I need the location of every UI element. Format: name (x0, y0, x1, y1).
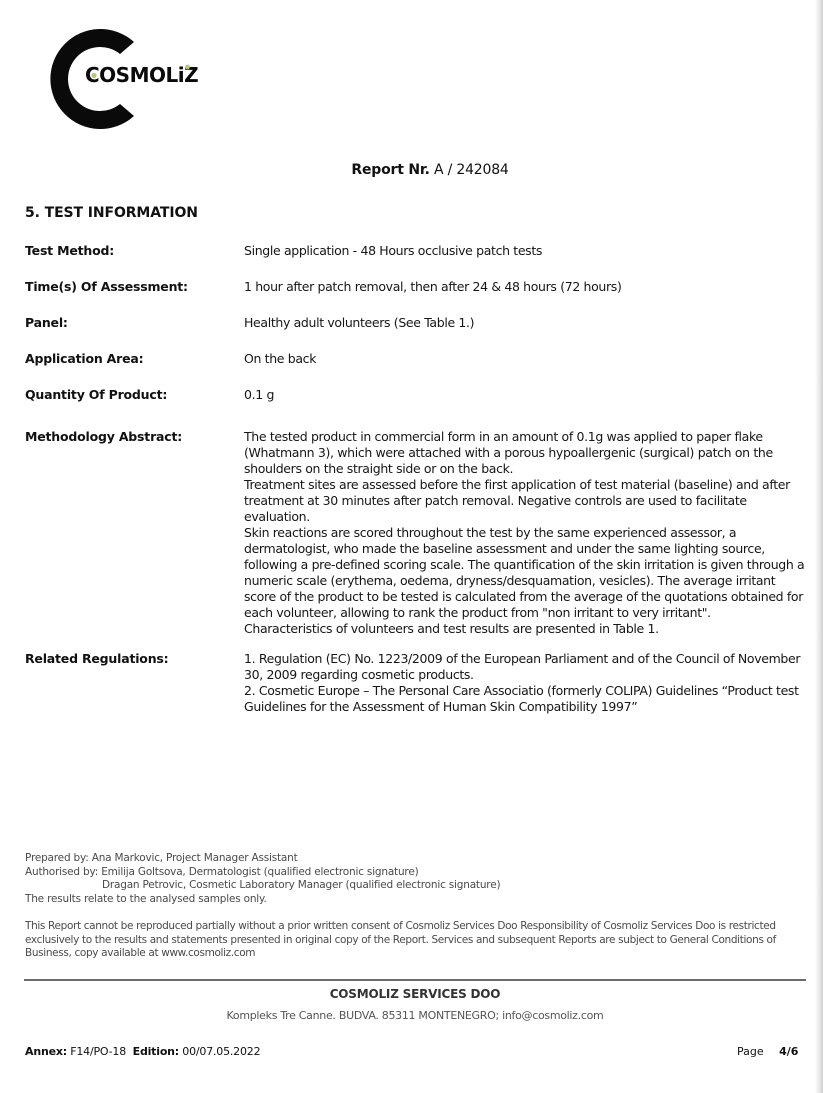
annex-label: Annex: (25, 1045, 67, 1058)
company-logo: COSMOLiZ (38, 24, 228, 134)
authorised-by-second: Dragan Petrovic, Cosmetic Laboratory Man… (25, 879, 500, 893)
panel-label: Panel: (25, 315, 68, 330)
application-area-text: On the back (244, 351, 806, 367)
quantity-value: 0.1 g (244, 387, 806, 403)
edition-value: 00/07.05.2022 (182, 1045, 260, 1058)
panel-value: Healthy adult volunteers (See Table 1.) (244, 315, 806, 331)
svg-text:COSMOLiZ: COSMOLiZ (85, 63, 198, 87)
page-value: 4/6 (779, 1045, 798, 1058)
regulation-item: 1. Regulation (EC) No. 1223/2009 of the … (244, 651, 806, 683)
regulations-value: 1. Regulation (EC) No. 1223/2009 of the … (244, 651, 806, 715)
test-method-text: Single application - 48 Hours occlusive … (244, 243, 806, 259)
cosmoliz-c-logo-icon: COSMOLiZ (38, 24, 228, 134)
report-number-label: Report Nr. (351, 162, 429, 178)
section-title: 5. TEST INFORMATION (25, 205, 198, 221)
application-area-label: Application Area: (25, 351, 143, 366)
report-number-value: A / 242084 (434, 162, 509, 178)
report-number: Report Nr. A / 242084 (0, 162, 823, 178)
assessment-times-label: Time(s) Of Assessment: (25, 279, 188, 294)
company-name: COSMOLIZ SERVICES DOO (0, 987, 823, 1001)
edition-label: Edition: (133, 1045, 179, 1058)
methodology-paragraph: The tested product in commercial form in… (244, 429, 806, 477)
prepared-by: Prepared by: Ana Markovic, Project Manag… (25, 852, 500, 866)
signatures-block: Prepared by: Ana Markovic, Project Manag… (25, 852, 500, 906)
page-number: Page 4/6 (737, 1045, 798, 1058)
footer-divider (24, 979, 806, 981)
methodology-value: The tested product in commercial form in… (244, 429, 806, 637)
results-note: The results relate to the analysed sampl… (25, 893, 500, 907)
methodology-paragraph: Skin reactions are scored throughout the… (244, 525, 806, 621)
assessment-times-text: 1 hour after patch removal, then after 2… (244, 279, 806, 295)
test-method-label: Test Method: (25, 243, 114, 258)
methodology-paragraph: Characteristics of volunteers and test r… (244, 621, 806, 637)
regulation-item: 2. Cosmetic Europe – The Personal Care A… (244, 683, 806, 715)
methodology-paragraph: Treatment sites are assessed before the … (244, 477, 806, 525)
application-area-value: On the back (244, 351, 806, 367)
annex-value: F14/PO-18 (70, 1045, 126, 1058)
annex-edition: Annex: F14/PO-18 Edition: 00/07.05.2022 (25, 1045, 260, 1058)
company-address: Kompleks Tre Canne. BUDVA. 85311 MONTENE… (0, 1009, 823, 1022)
quantity-label: Quantity Of Product: (25, 387, 167, 402)
methodology-label: Methodology Abstract: (25, 429, 182, 444)
assessment-times-value: 1 hour after patch removal, then after 2… (244, 279, 806, 295)
disclaimer: This Report cannot be reproduced partial… (25, 920, 800, 961)
authorised-by: Authorised by: Emilija Goltsova, Dermato… (25, 866, 500, 880)
regulations-label: Related Regulations: (25, 651, 168, 666)
test-method-value: Single application - 48 Hours occlusive … (244, 243, 806, 259)
quantity-text: 0.1 g (244, 387, 806, 403)
page-label: Page (737, 1045, 764, 1058)
panel-text: Healthy adult volunteers (See Table 1.) (244, 315, 806, 331)
